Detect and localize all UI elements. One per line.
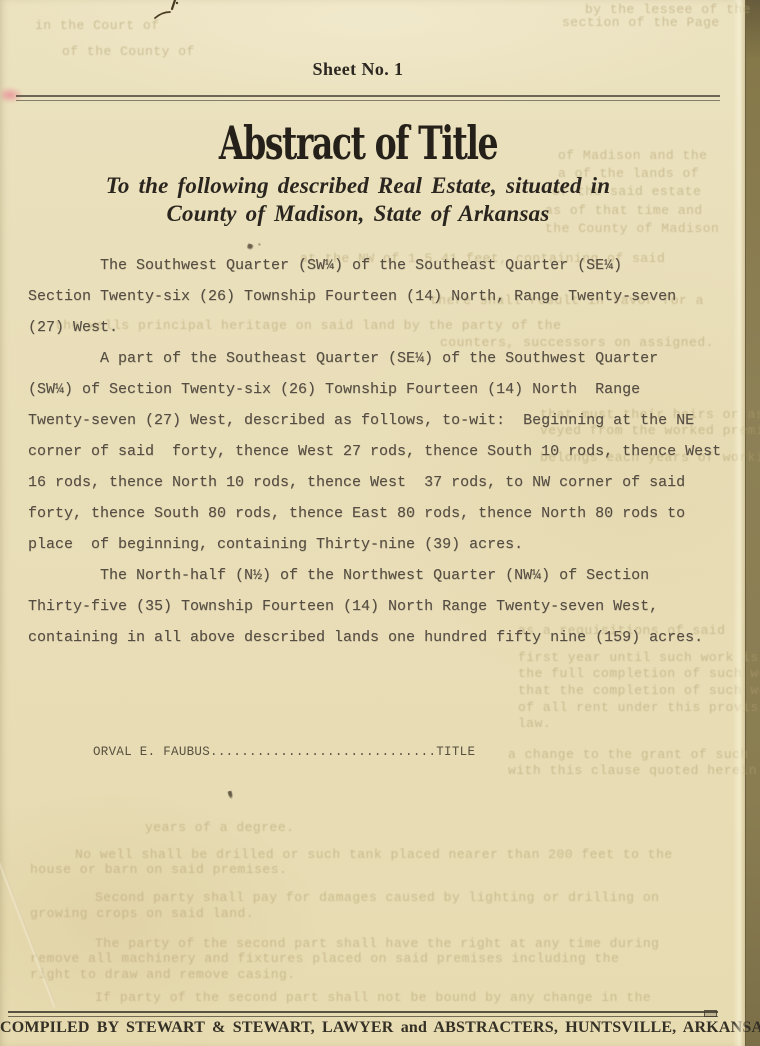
legal-description-line: The Southwest Quarter (SW¼) of the South… [28,250,740,281]
legal-description-line: Section Twenty-six (26) Township Fourtee… [28,281,740,312]
legal-description-line: place of beginning, containing Thirty-ni… [28,529,740,560]
bleed-through-line: growing crops on said land. [30,906,254,921]
legal-description-line: forty, thence South 80 rods, thence East… [28,498,740,529]
bleed-through-line: remove all machinery and fixtures placed… [30,951,619,966]
footer-divider-endcap [704,1010,717,1017]
bleed-through-line: If party of the second part shall not be… [95,990,651,1005]
footer-divider [8,1011,718,1017]
legal-description: The Southwest Quarter (SW¼) of the South… [28,250,740,653]
legal-description-line: Twenty-seven (27) West, described as fol… [28,405,740,436]
bleed-through-line: years of a degree. [145,820,294,835]
bleed-through-line: the full completion of such well [518,666,760,681]
sheet-number: Sheet No. 1 [0,59,716,80]
scan-background: by the lessee of thesection of the Pagei… [0,0,760,1046]
legal-description-line: (27) West. [28,312,740,343]
compiler-footer: COMPILED BY STEWART & STEWART, LAWYER an… [0,1019,740,1037]
bleed-through-line: law. [518,716,551,731]
bleed-through-line: of all rent under this provision [518,700,760,715]
bleed-through-line: right to draw and remove casing. [30,967,296,982]
legal-description-line: containing in all above described lands … [28,622,740,653]
certification-line: ORVAL E. FAUBUS.........................… [93,745,475,759]
bleed-through-line: a change to the grant of such [508,747,749,762]
legal-description-line: (SW¼) of Section Twenty-six (26) Townshi… [28,374,740,405]
legal-description-line: 16 rods, thence North 10 rods, thence We… [28,467,740,498]
document-title: Abstract of Title [100,116,616,170]
bleed-through-line: in the Court of [35,18,160,33]
bleed-through-line: with this clause quoted herein [508,763,757,778]
bleed-through-line: of the County of [62,44,195,59]
legal-description-line: corner of said forty, thence West 27 rod… [28,436,740,467]
header-divider [16,95,720,101]
legal-description-line: The North-half (N½) of the Northwest Qua… [28,560,740,591]
bleed-through-line: that the completion of such well [518,683,760,698]
subtitle-line-1: To the following described Real Estate, … [0,173,716,199]
subtitle-line-2: County of Madison, State of Arkansas [0,201,716,227]
bleed-through-line: Second party shall pay for damages cause… [95,890,660,905]
bleed-through-line: section of the Page [562,15,720,30]
bleed-through-line: The party of the second part shall have … [95,936,660,951]
handwritten-mark [148,0,184,24]
document-page: by the lessee of thesection of the Pagei… [0,0,746,1046]
legal-description-line: A part of the Southeast Quarter (SE¼) of… [28,343,740,374]
bleed-through-line: No well shall be drilled or such tank pl… [75,847,673,862]
bleed-through-line: house or barn on said premises. [30,862,287,877]
legal-description-line: Thirty-five (35) Township Fourteen (14) … [28,591,740,622]
